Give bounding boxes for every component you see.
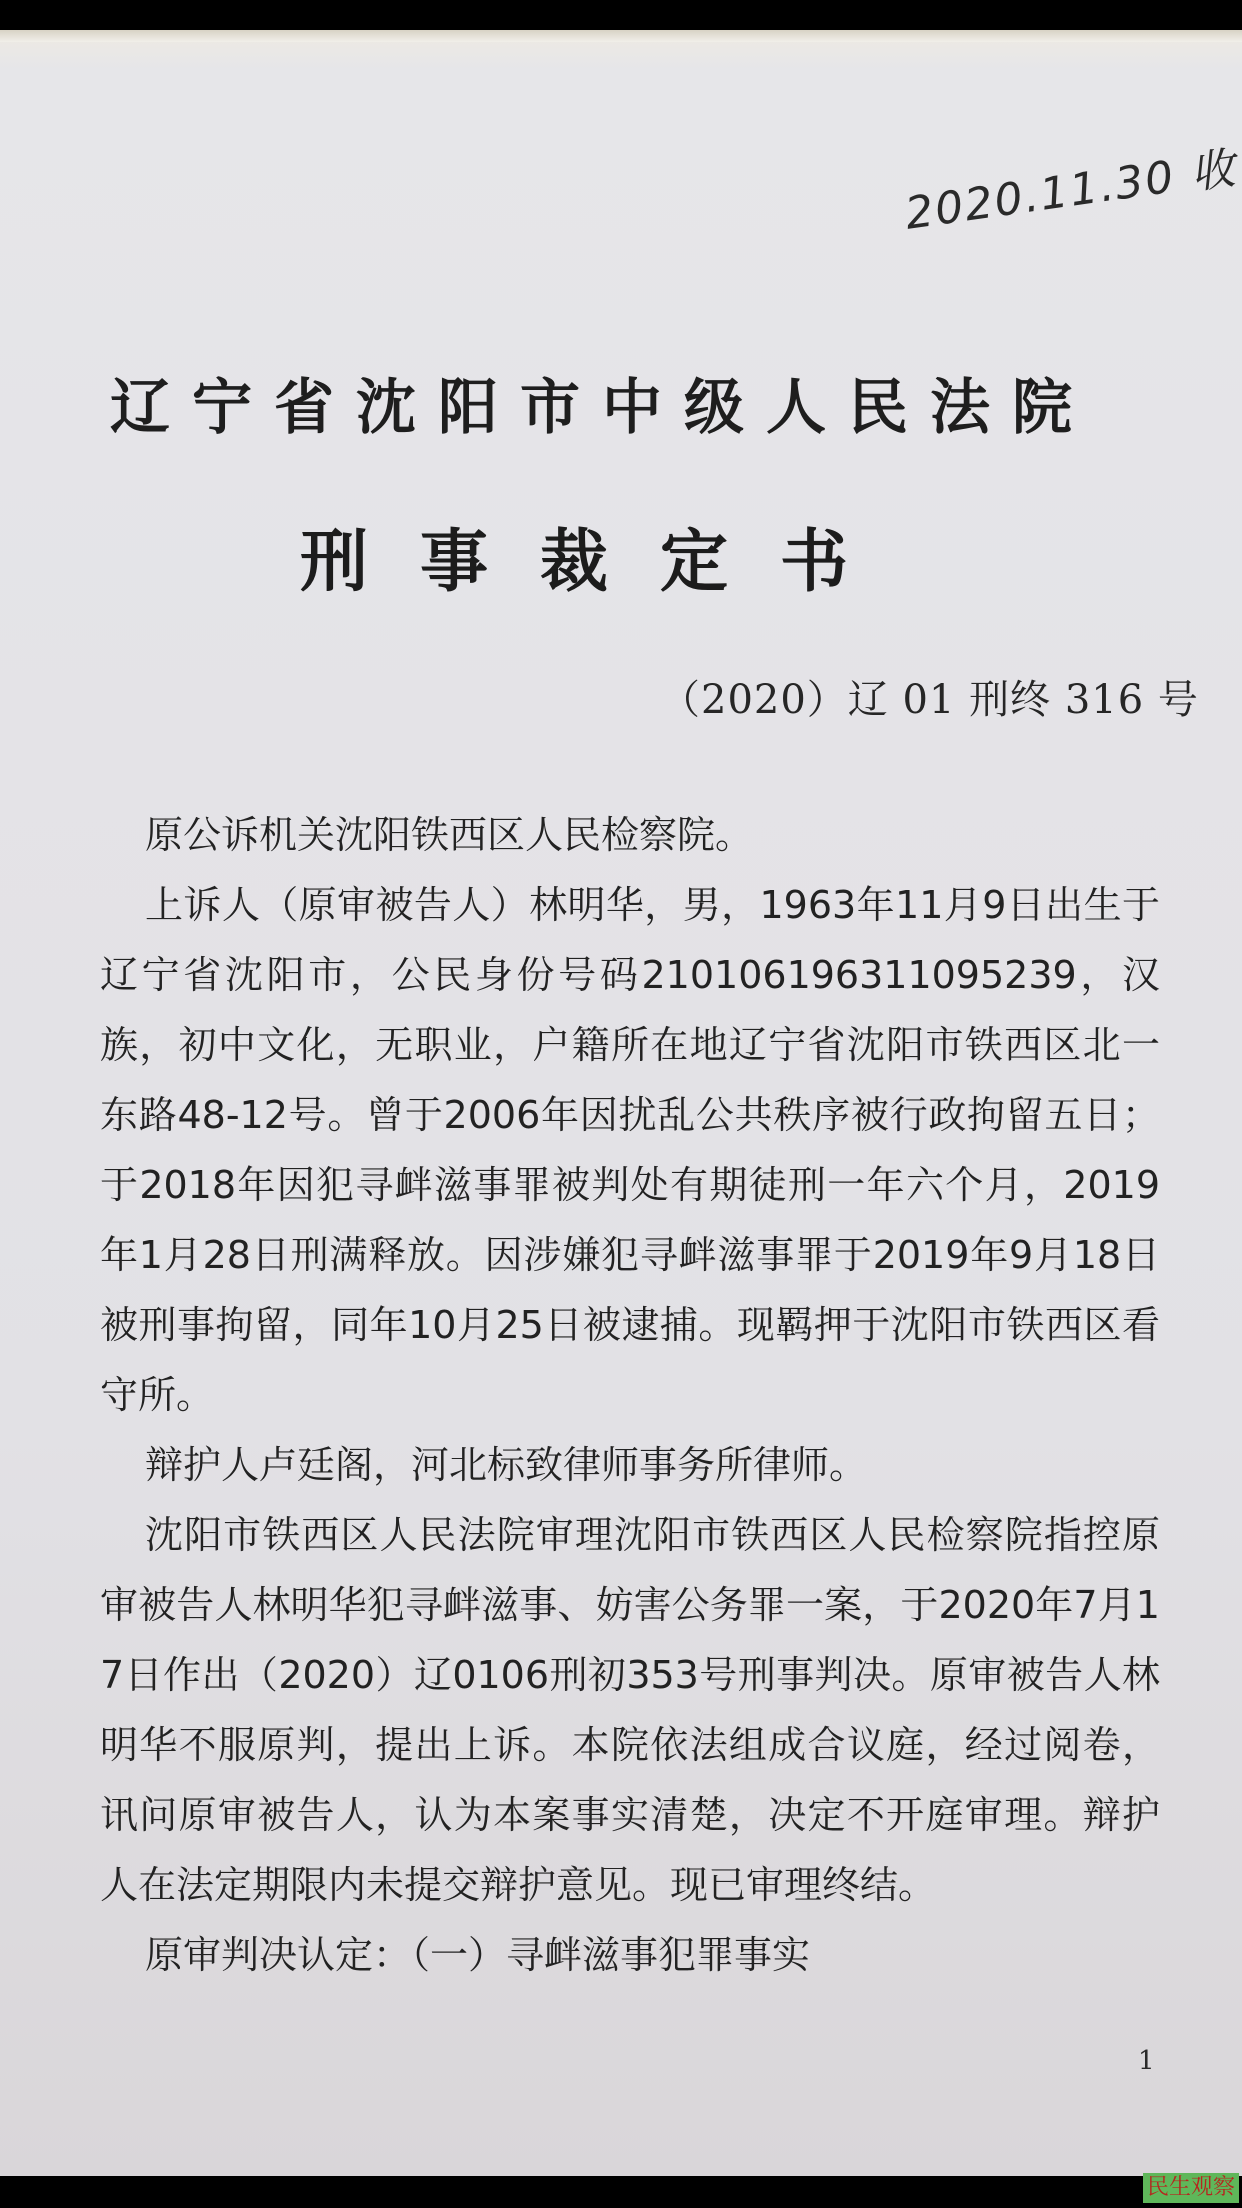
document-title: 刑事裁定书 xyxy=(300,508,900,605)
page-number: 1 xyxy=(1138,2046,1155,2076)
watermark-label: 民生观察 xyxy=(1143,2173,1239,2203)
paragraph-defense-counsel: 辩护人卢廷阁，河北标致律师事务所律师。 xyxy=(100,1430,1160,1500)
paragraph-original-findings: 原审判决认定：（一）寻衅滋事犯罪事实 xyxy=(100,1920,1160,1990)
handwritten-received-note: 2020.11.30 收 xyxy=(901,132,1241,242)
case-number: （2020）辽 01 刑终 316 号 xyxy=(660,668,1199,725)
paragraph-case-history: 沈阳市铁西区人民法院审理沈阳市铁西区人民检察院指控原审被告人林明华犯寻衅滋事、妨… xyxy=(100,1500,1160,1920)
paragraph-prosecutor: 原公诉机关沈阳铁西区人民检察院。 xyxy=(100,800,1160,870)
document-body: 原公诉机关沈阳铁西区人民检察院。 上诉人（原审被告人）林明华，男，1963年11… xyxy=(100,800,1160,1990)
paragraph-appellant: 上诉人（原审被告人）林明华，男，1963年11月9日出生于辽宁省沈阳市，公民身份… xyxy=(100,870,1160,1430)
bottom-black-bar xyxy=(0,2176,1242,2208)
document-page: 2020.11.30 收 辽宁省沈阳市中级人民法院 刑事裁定书 （2020）辽 … xyxy=(0,30,1242,2176)
court-name-heading: 辽宁省沈阳市中级人民法院 xyxy=(110,360,1120,446)
top-black-bar xyxy=(0,0,1242,30)
